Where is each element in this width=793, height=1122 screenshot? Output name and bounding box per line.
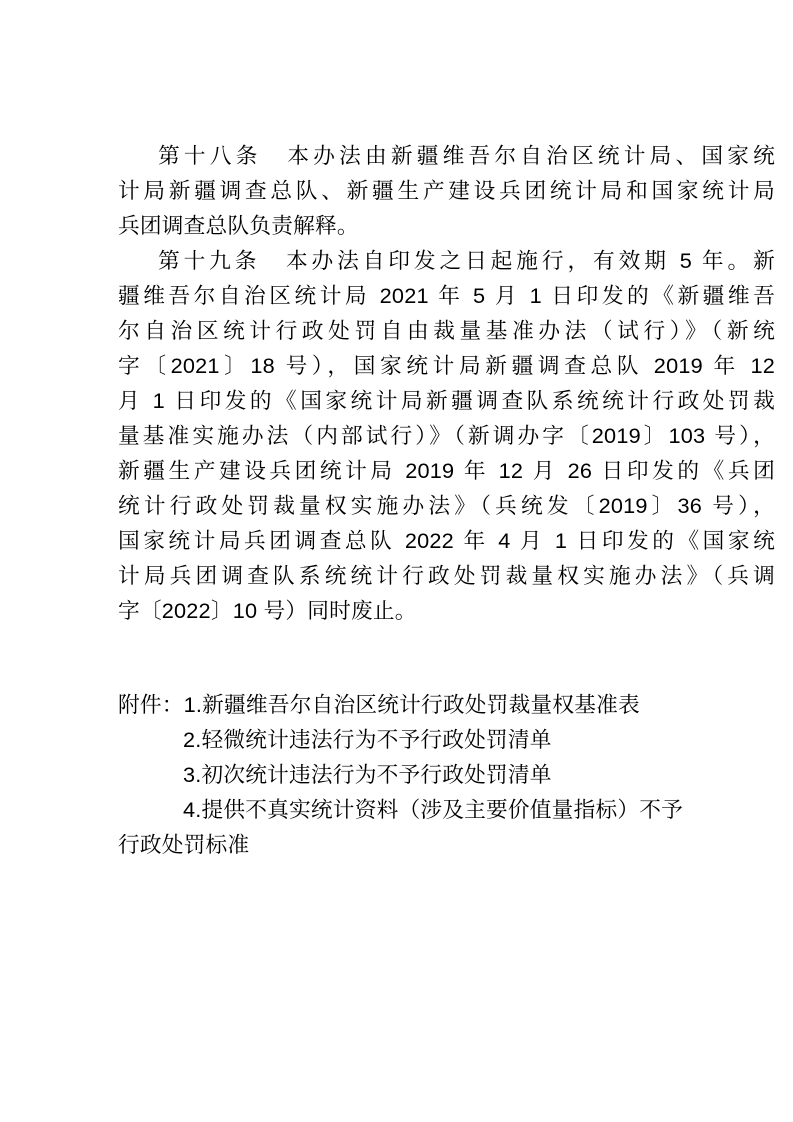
text-line: 疆维吾尔自治区统计局 2021 年 5 月 1 日印发的《新疆维吾 xyxy=(118,278,775,313)
text-line: 3.初次统计违法行为不予行政处罚清单 xyxy=(118,757,775,792)
text-line: 第十八条 本办法由新疆维吾尔自治区统计局、国家统 xyxy=(118,138,775,173)
text-line: 尔自治区统计行政处罚自由裁量基准办法（试行）》（新统 xyxy=(118,313,775,348)
text-line: 计局新疆调查总队、新疆生产建设兵团统计局和国家统计局 xyxy=(118,173,775,208)
paragraph-article-19: 第十九条 本办法自印发之日起施行，有效期 5 年。新疆维吾尔自治区统计局 202… xyxy=(118,243,775,628)
text-line: 字〔2021〕18 号），国家统计局新疆调查总队 2019 年 12 xyxy=(118,348,775,383)
text-line: 计局兵团调查队系统统计行政处罚裁量权实施办法》（兵调 xyxy=(118,558,775,593)
document-page: 第十八条 本办法由新疆维吾尔自治区统计局、国家统计局新疆调查总队、新疆生产建设兵… xyxy=(0,0,793,1122)
text-line: 兵团调查总队负责解释。 xyxy=(118,208,775,243)
text-line: 行政处罚标准 xyxy=(118,827,775,862)
text-line: 统计行政处罚裁量权实施办法》（兵统发〔2019〕36 号）， xyxy=(118,488,775,523)
text-line: 新疆生产建设兵团统计局 2019 年 12 月 26 日印发的《兵团 xyxy=(118,453,775,488)
text-line: 4.提供不真实统计资料（涉及主要价值量指标）不予 xyxy=(118,792,775,827)
text-line: 国家统计局兵团调查总队 2022 年 4 月 1 日印发的《国家统 xyxy=(118,523,775,558)
document-body: 第十八条 本办法由新疆维吾尔自治区统计局、国家统计局新疆调查总队、新疆生产建设兵… xyxy=(118,138,775,862)
text-line: 量基准实施办法（内部试行）》（新调办字〔2019〕103 号）， xyxy=(118,418,775,453)
text-line: 月 1 日印发的《国家统计局新疆调查队系统统计行政处罚裁 xyxy=(118,383,775,418)
attachment-list: 附件：1.新疆维吾尔自治区统计行政处罚裁量权基准表2.轻微统计违法行为不予行政处… xyxy=(118,687,775,862)
text-line: 字〔2022〕10 号）同时废止。 xyxy=(118,593,775,628)
text-line: 附件：1.新疆维吾尔自治区统计行政处罚裁量权基准表 xyxy=(118,687,775,722)
text-line: 第十九条 本办法自印发之日起施行，有效期 5 年。新 xyxy=(118,243,775,278)
text-line: 2.轻微统计违法行为不予行政处罚清单 xyxy=(118,722,775,757)
paragraph-article-18: 第十八条 本办法由新疆维吾尔自治区统计局、国家统计局新疆调查总队、新疆生产建设兵… xyxy=(118,138,775,243)
